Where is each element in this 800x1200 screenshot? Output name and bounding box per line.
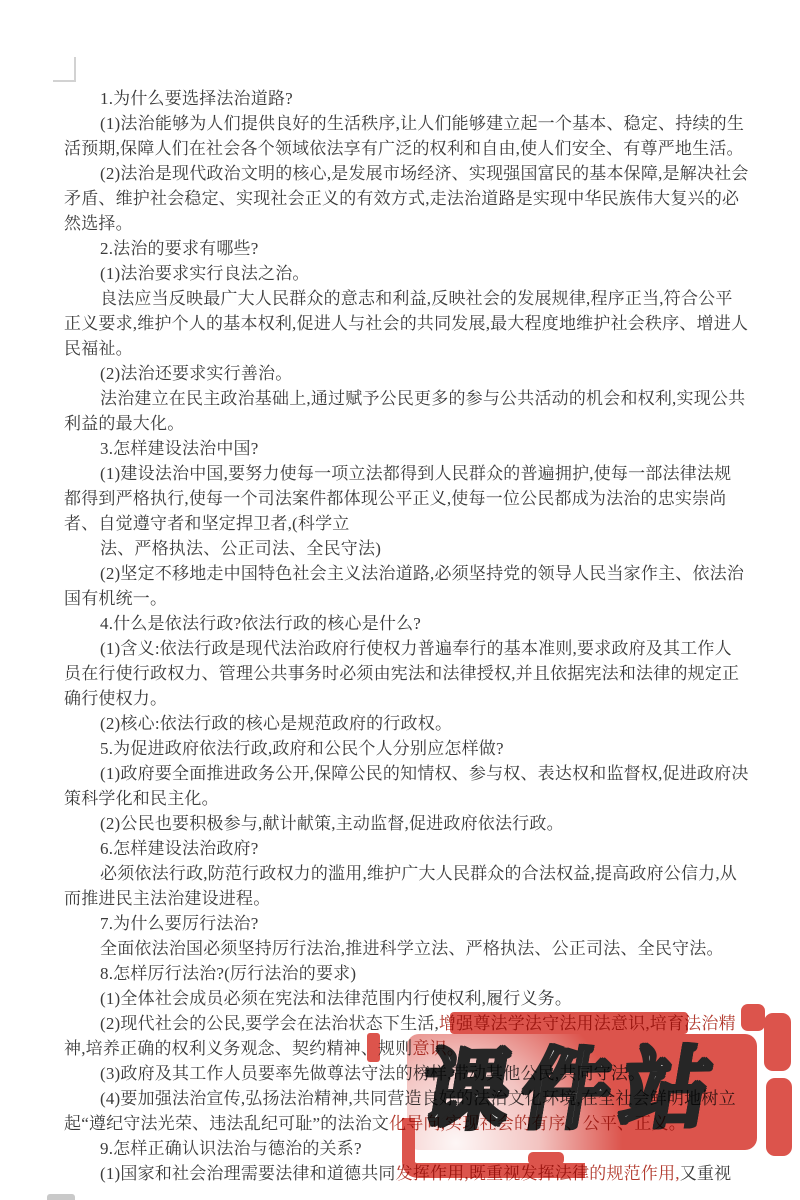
text-segment: 法、严格执法、公正司法、全民守法) — [100, 539, 381, 558]
text-segment: 神,培养正确的权利义务观念、契约精神、规则 — [64, 1039, 412, 1058]
text-segment: 策科学化和民主化。 — [64, 789, 219, 808]
text-line: (2)现代社会的公民,要学会在法治状态下生活,增强尊法学法守法用法意识,培育法治… — [64, 1011, 790, 1036]
text-line: 8.怎样厉行法治?(厉行法治的要求) — [64, 961, 790, 986]
text-segment: (2)坚定不移地走中国特色社会主义法治道路,必须坚持党的领导人民当家作主、依法治 — [100, 564, 744, 583]
highlighted-text-segment: 增强尊法学法守法用法意识,培育法治精 — [439, 1014, 736, 1033]
text-line: 良法应当反映最广大人民群众的意志和利益,反映社会的发展规律,程序正当,符合公平 — [64, 286, 790, 311]
text-segment: (4)要加强法治宣传,弘扬法治精神,共同营造良好的法治文化环境,在全社会鲜明地树… — [100, 1089, 736, 1108]
text-line: 利益的最大化。 — [64, 411, 754, 436]
text-line: (2)法治是现代政治文明的核心,是发展市场经济、实现强国富民的基本保障,是解决社… — [64, 161, 790, 186]
text-line: (3)政府及其工作人员要率先做尊法守法的榜样,带动其他公民,共同守法。 — [64, 1061, 790, 1086]
text-line: (2)法治还要求实行善治。 — [64, 361, 790, 386]
text-segment: (1)国家和社会治理需要法律和道德共同 — [100, 1164, 396, 1183]
text-line: 全面依法治国必须坚持厉行法治,推进科学立法、严格执法、公正司法、全民守法。 — [64, 936, 790, 961]
text-segment: 2.法治的要求有哪些? — [100, 239, 259, 258]
highlighted-text-segment: 意识。 — [412, 1039, 464, 1058]
text-segment: 法治建立在民主政治基础上,通过赋予公民更多的参与公共活动的机会和权利,实现公共 — [100, 389, 745, 408]
text-line: 民福祉。 — [64, 336, 754, 361]
text-line: (4)要加强法治宣传,弘扬法治精神,共同营造良好的法治文化环境,在全社会鲜明地树… — [64, 1086, 790, 1111]
text-segment: 活预期,保障人们在社会各个领域依法享有广泛的权利和自由,使人们安全、有尊严地生活… — [64, 139, 744, 158]
text-segment: 利益的最大化。 — [64, 414, 184, 433]
text-line: 员在行使行政权力、管理公共事务时必须由宪法和法律授权,并且依据宪法和法律的规定正 — [64, 661, 754, 686]
text-segment: 5.为促进政府依法行政,政府和公民个人分别应怎样做? — [100, 739, 504, 758]
text-line: 国有机统一。 — [64, 586, 754, 611]
text-segment: (2)法治是现代政治文明的核心,是发展市场经济、实现强国富民的基本保障,是解决社… — [100, 164, 749, 183]
text-line: (1)法治能够为人们提供良好的生活秩序,让人们能够建立起一个基本、稳定、持续的生 — [64, 111, 790, 136]
text-segment: 8.怎样厉行法治?(厉行法治的要求) — [100, 964, 356, 983]
text-line: 者、自觉遵守者和坚定捍卫者,(科学立 — [64, 511, 754, 536]
text-segment: (3)政府及其工作人员要率先做尊法守法的榜样,带动其他公民,共同守法。 — [100, 1064, 645, 1083]
text-line: (1)国家和社会治理需要法律和道德共同发挥作用,既重视发挥法律的规范作用,又重视 — [64, 1161, 790, 1186]
text-segment: 确行使权力。 — [64, 689, 167, 708]
text-line: 策科学化和民主化。 — [64, 786, 754, 811]
text-segment: (1)法治能够为人们提供良好的生活秩序,让人们能够建立起一个基本、稳定、持续的生 — [100, 114, 744, 133]
text-line: 而推进民主法治建设进程。 — [64, 886, 754, 911]
text-segment: 起“遵纪守法光荣、违法乱纪可耻”的法治文 — [64, 1114, 389, 1133]
text-line: 法治建立在民主政治基础上,通过赋予公民更多的参与公共活动的机会和权利,实现公共 — [64, 386, 790, 411]
text-line: 6.怎样建设法治政府? — [64, 836, 790, 861]
text-segment: 者、自觉遵守者和坚定捍卫者,(科学立 — [64, 514, 350, 533]
text-segment: 都得到严格执行,使每一个司法案件都体现公平正义,使每一位公民都成为法治的忠实崇尚 — [64, 489, 727, 508]
text-segment: 民福祉。 — [64, 339, 133, 358]
text-segment: 又重视 — [680, 1164, 732, 1183]
text-line: 7.为什么要厉行法治? — [64, 911, 790, 936]
text-segment: 9.怎样正确认识法治与德治的关系? — [100, 1139, 362, 1158]
text-segment: (2)现代社会的公民,要学会在法治状态下生活, — [100, 1014, 439, 1033]
text-line: 神,培养正确的权利义务观念、契约精神、规则意识。 — [64, 1036, 754, 1061]
text-segment: 矛盾、维护社会稳定、实现社会正义的有效方式,走法治道路是实现中华民族伟大复兴的必 — [64, 189, 739, 208]
text-segment: (1)含义:依法行政是现代法治政府行使权力普遍奉行的基本准则,要求政府及其工作人 — [100, 639, 732, 658]
text-segment: 而推进民主法治建设进程。 — [64, 889, 270, 908]
text-line: (1)全体社会成员必须在宪法和法律范围内行使权利,履行义务。 — [64, 986, 790, 1011]
text-segment: (1)政府要全面推进政务公开,保障公民的知情权、参与权、表达权和监督权,促进政府… — [100, 764, 749, 783]
text-line: 5.为促进政府依法行政,政府和公民个人分别应怎样做? — [64, 736, 790, 761]
text-line: 必须依法行政,防范行政权力的滥用,维护广大人民群众的合法权益,提高政府公信力,从 — [64, 861, 790, 886]
text-segment: 7.为什么要厉行法治? — [100, 914, 259, 933]
text-line: (2)公民也要积极参与,献计献策,主动监督,促进政府依法行政。 — [64, 811, 790, 836]
text-line: 3.怎样建设法治中国? — [64, 436, 790, 461]
text-line: 4.什么是依法行政?依法行政的核心是什么? — [64, 611, 790, 636]
text-segment: (2)法治还要求实行善治。 — [100, 364, 292, 383]
document-page: 1.为什么要选择法治道路?(1)法治能够为人们提供良好的生活秩序,让人们能够建立… — [0, 0, 800, 1200]
text-line: 然选择。 — [64, 211, 754, 236]
text-segment: 员在行使行政权力、管理公共事务时必须由宪法和法律授权,并且依据宪法和法律的规定正 — [64, 664, 739, 683]
text-line: 都得到严格执行,使每一个司法案件都体现公平正义,使每一位公民都成为法治的忠实崇尚 — [64, 486, 754, 511]
text-line: 活预期,保障人们在社会各个领域依法享有广泛的权利和自由,使人们安全、有尊严地生活… — [64, 136, 754, 161]
document-text: 1.为什么要选择法治道路?(1)法治能够为人们提供良好的生活秩序,让人们能够建立… — [0, 0, 800, 1200]
text-segment: 1.为什么要选择法治道路? — [100, 89, 293, 108]
text-line: (1)含义:依法行政是现代法治政府行使权力普遍奉行的基本准则,要求政府及其工作人 — [64, 636, 790, 661]
text-segment: (2)核心:依法行政的核心是规范政府的行政权。 — [100, 714, 452, 733]
text-line: (2)坚定不移地走中国特色社会主义法治道路,必须坚持党的领导人民当家作主、依法治 — [64, 561, 790, 586]
text-segment: 6.怎样建设法治政府? — [100, 839, 259, 858]
text-segment: (1)建设法治中国,要努力使每一项立法都得到人民群众的普遍拥护,使每一部法律法规 — [100, 464, 731, 483]
text-line: 法、严格执法、公正司法、全民守法) — [64, 536, 790, 561]
text-segment: 国有机统一。 — [64, 589, 167, 608]
text-segment: 必须依法行政,防范行政权力的滥用,维护广大人民群众的合法权益,提高政府公信力,从 — [100, 864, 737, 883]
text-line: (1)法治要求实行良法之治。 — [64, 261, 790, 286]
bottom-page-fragment — [47, 1194, 75, 1200]
text-line: 确行使权力。 — [64, 686, 754, 711]
text-line: (2)核心:依法行政的核心是规范政府的行政权。 — [64, 711, 790, 736]
text-segment: (2)公民也要积极参与,献计献策,主动监督,促进政府依法行政。 — [100, 814, 564, 833]
text-line: 起“遵纪守法光荣、违法乱纪可耻”的法治文化导向,实现社会的有序、公平、正义。 — [64, 1111, 754, 1136]
text-segment: (1)法治要求实行良法之治。 — [100, 264, 310, 283]
text-segment: 4.什么是依法行政?依法行政的核心是什么? — [100, 614, 421, 633]
text-segment: 然选择。 — [64, 214, 133, 233]
text-segment: 3.怎样建设法治中国? — [100, 439, 259, 458]
text-line: 1.为什么要选择法治道路? — [64, 86, 790, 111]
text-line: 9.怎样正确认识法治与德治的关系? — [64, 1136, 790, 1161]
text-segment: (1)全体社会成员必须在宪法和法律范围内行使权利,履行义务。 — [100, 989, 572, 1008]
text-line: 2.法治的要求有哪些? — [64, 236, 790, 261]
text-line: (1)政府要全面推进政务公开,保障公民的知情权、参与权、表达权和监督权,促进政府… — [64, 761, 790, 786]
text-segment: 良法应当反映最广大人民群众的意志和利益,反映社会的发展规律,程序正当,符合公平 — [100, 289, 733, 308]
highlighted-text-segment: 发挥作用,既重视发挥法律的规范作用, — [396, 1164, 680, 1183]
highlighted-text-segment: 化导向,实现社会的有序、公平、正义。 — [389, 1114, 686, 1133]
text-segment: 全面依法治国必须坚持厉行法治,推进科学立法、严格执法、公正司法、全民守法。 — [100, 939, 724, 958]
text-segment: 正义要求,维护个人的基本权利,促进人与社会的共同发展,最大程度地维护社会秩序、增… — [64, 314, 748, 333]
text-line: (1)建设法治中国,要努力使每一项立法都得到人民群众的普遍拥护,使每一部法律法规 — [64, 461, 790, 486]
text-line: 正义要求,维护个人的基本权利,促进人与社会的共同发展,最大程度地维护社会秩序、增… — [64, 311, 754, 336]
text-line: 矛盾、维护社会稳定、实现社会正义的有效方式,走法治道路是实现中华民族伟大复兴的必 — [64, 186, 754, 211]
